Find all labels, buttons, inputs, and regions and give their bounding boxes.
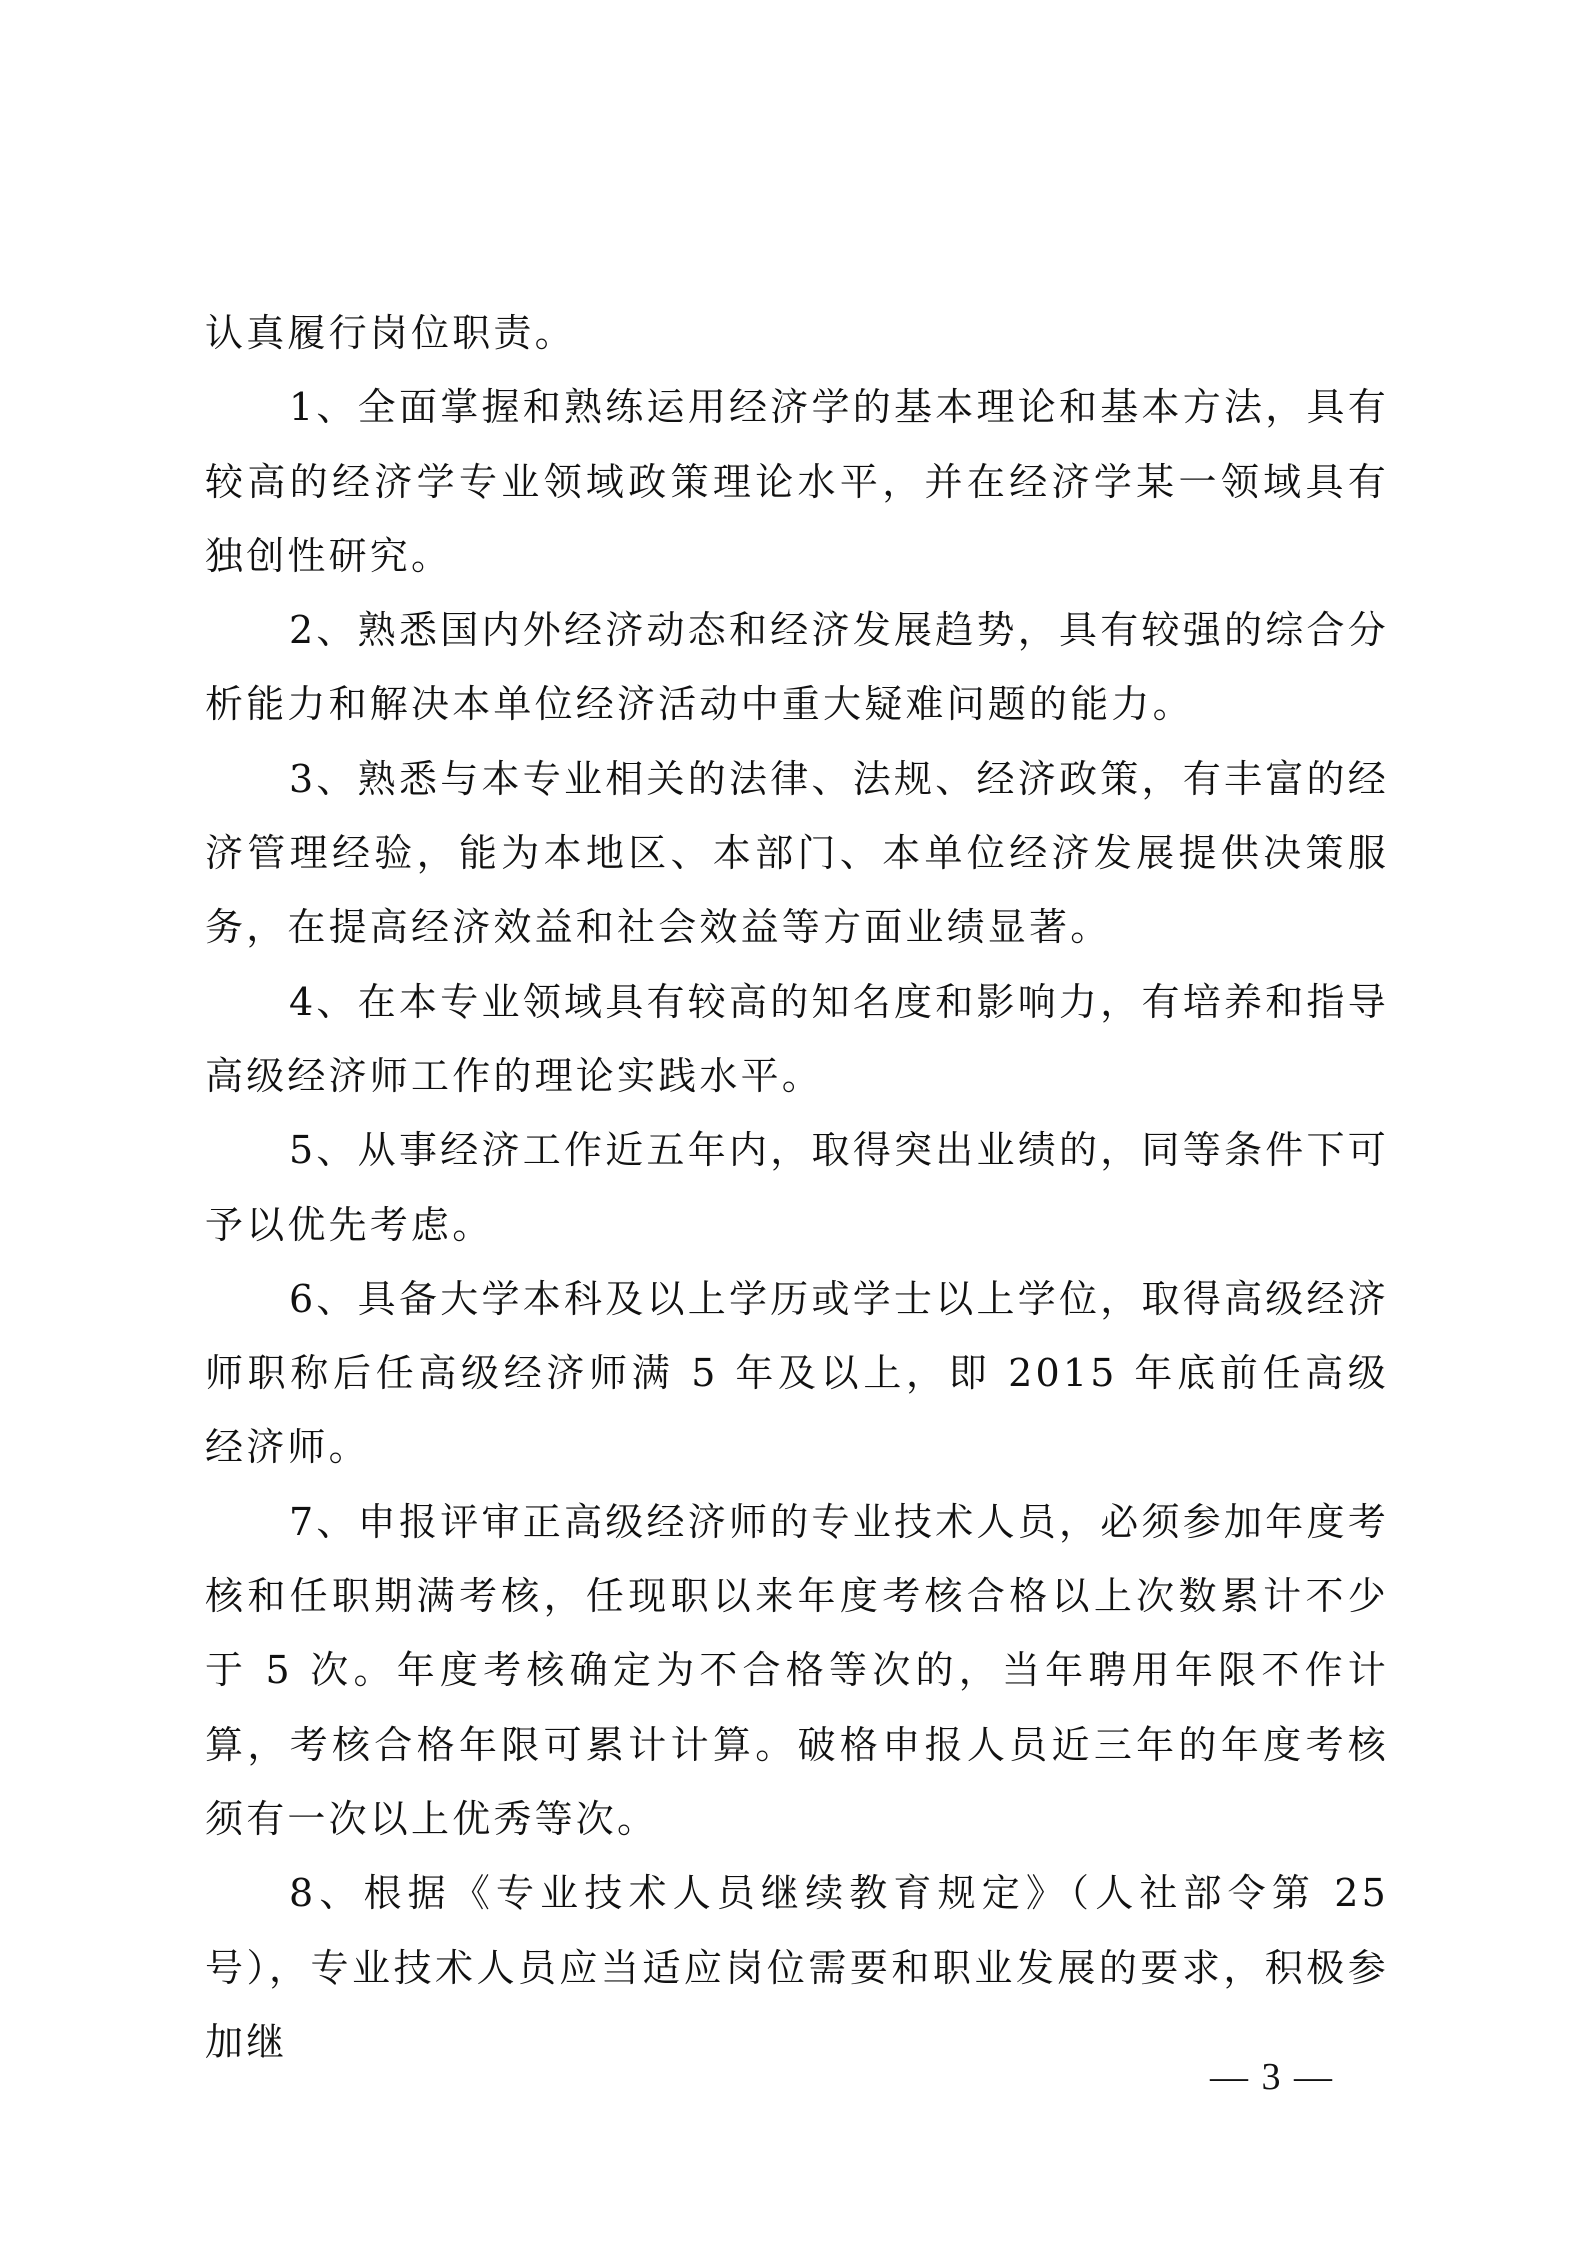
paragraph-item-3: 3、熟悉与本专业相关的法律、法规、经济政策，有丰富的经济管理经验，能为本地区、本… — [205, 742, 1389, 965]
paragraph-item-6: 6、具备大学本科及以上学历或学士以上学位，取得高级经济师职称后任高级经济师满 5… — [205, 1262, 1389, 1485]
paragraph-item-7: 7、申报评审正高级经济师的专业技术人员，必须参加年度考核和任职期满考核，任现职以… — [205, 1485, 1389, 1856]
page-number: — 3 — — [1210, 2055, 1334, 2099]
paragraph-item-4: 4、在本专业领域具有较高的知名度和影响力，有培养和指导高级经济师工作的理论实践水… — [205, 965, 1389, 1114]
paragraph-continuation: 认真履行岗位职责。 — [205, 296, 1389, 370]
document-body: 认真履行岗位职责。 1、全面掌握和熟练运用经济学的基本理论和基本方法，具有较高的… — [205, 296, 1389, 2079]
paragraph-item-2: 2、熟悉国内外经济动态和经济发展趋势，具有较强的综合分析能力和解决本单位经济活动… — [205, 593, 1389, 742]
paragraph-item-8: 8、根据《专业技术人员继续教育规定》（人社部令第 25 号），专业技术人员应当适… — [205, 1856, 1389, 2079]
paragraph-item-5: 5、从事经济工作近五年内，取得突出业绩的，同等条件下可予以优先考虑。 — [205, 1113, 1389, 1262]
paragraph-item-1: 1、全面掌握和熟练运用经济学的基本理论和基本方法，具有较高的经济学专业领域政策理… — [205, 370, 1389, 593]
